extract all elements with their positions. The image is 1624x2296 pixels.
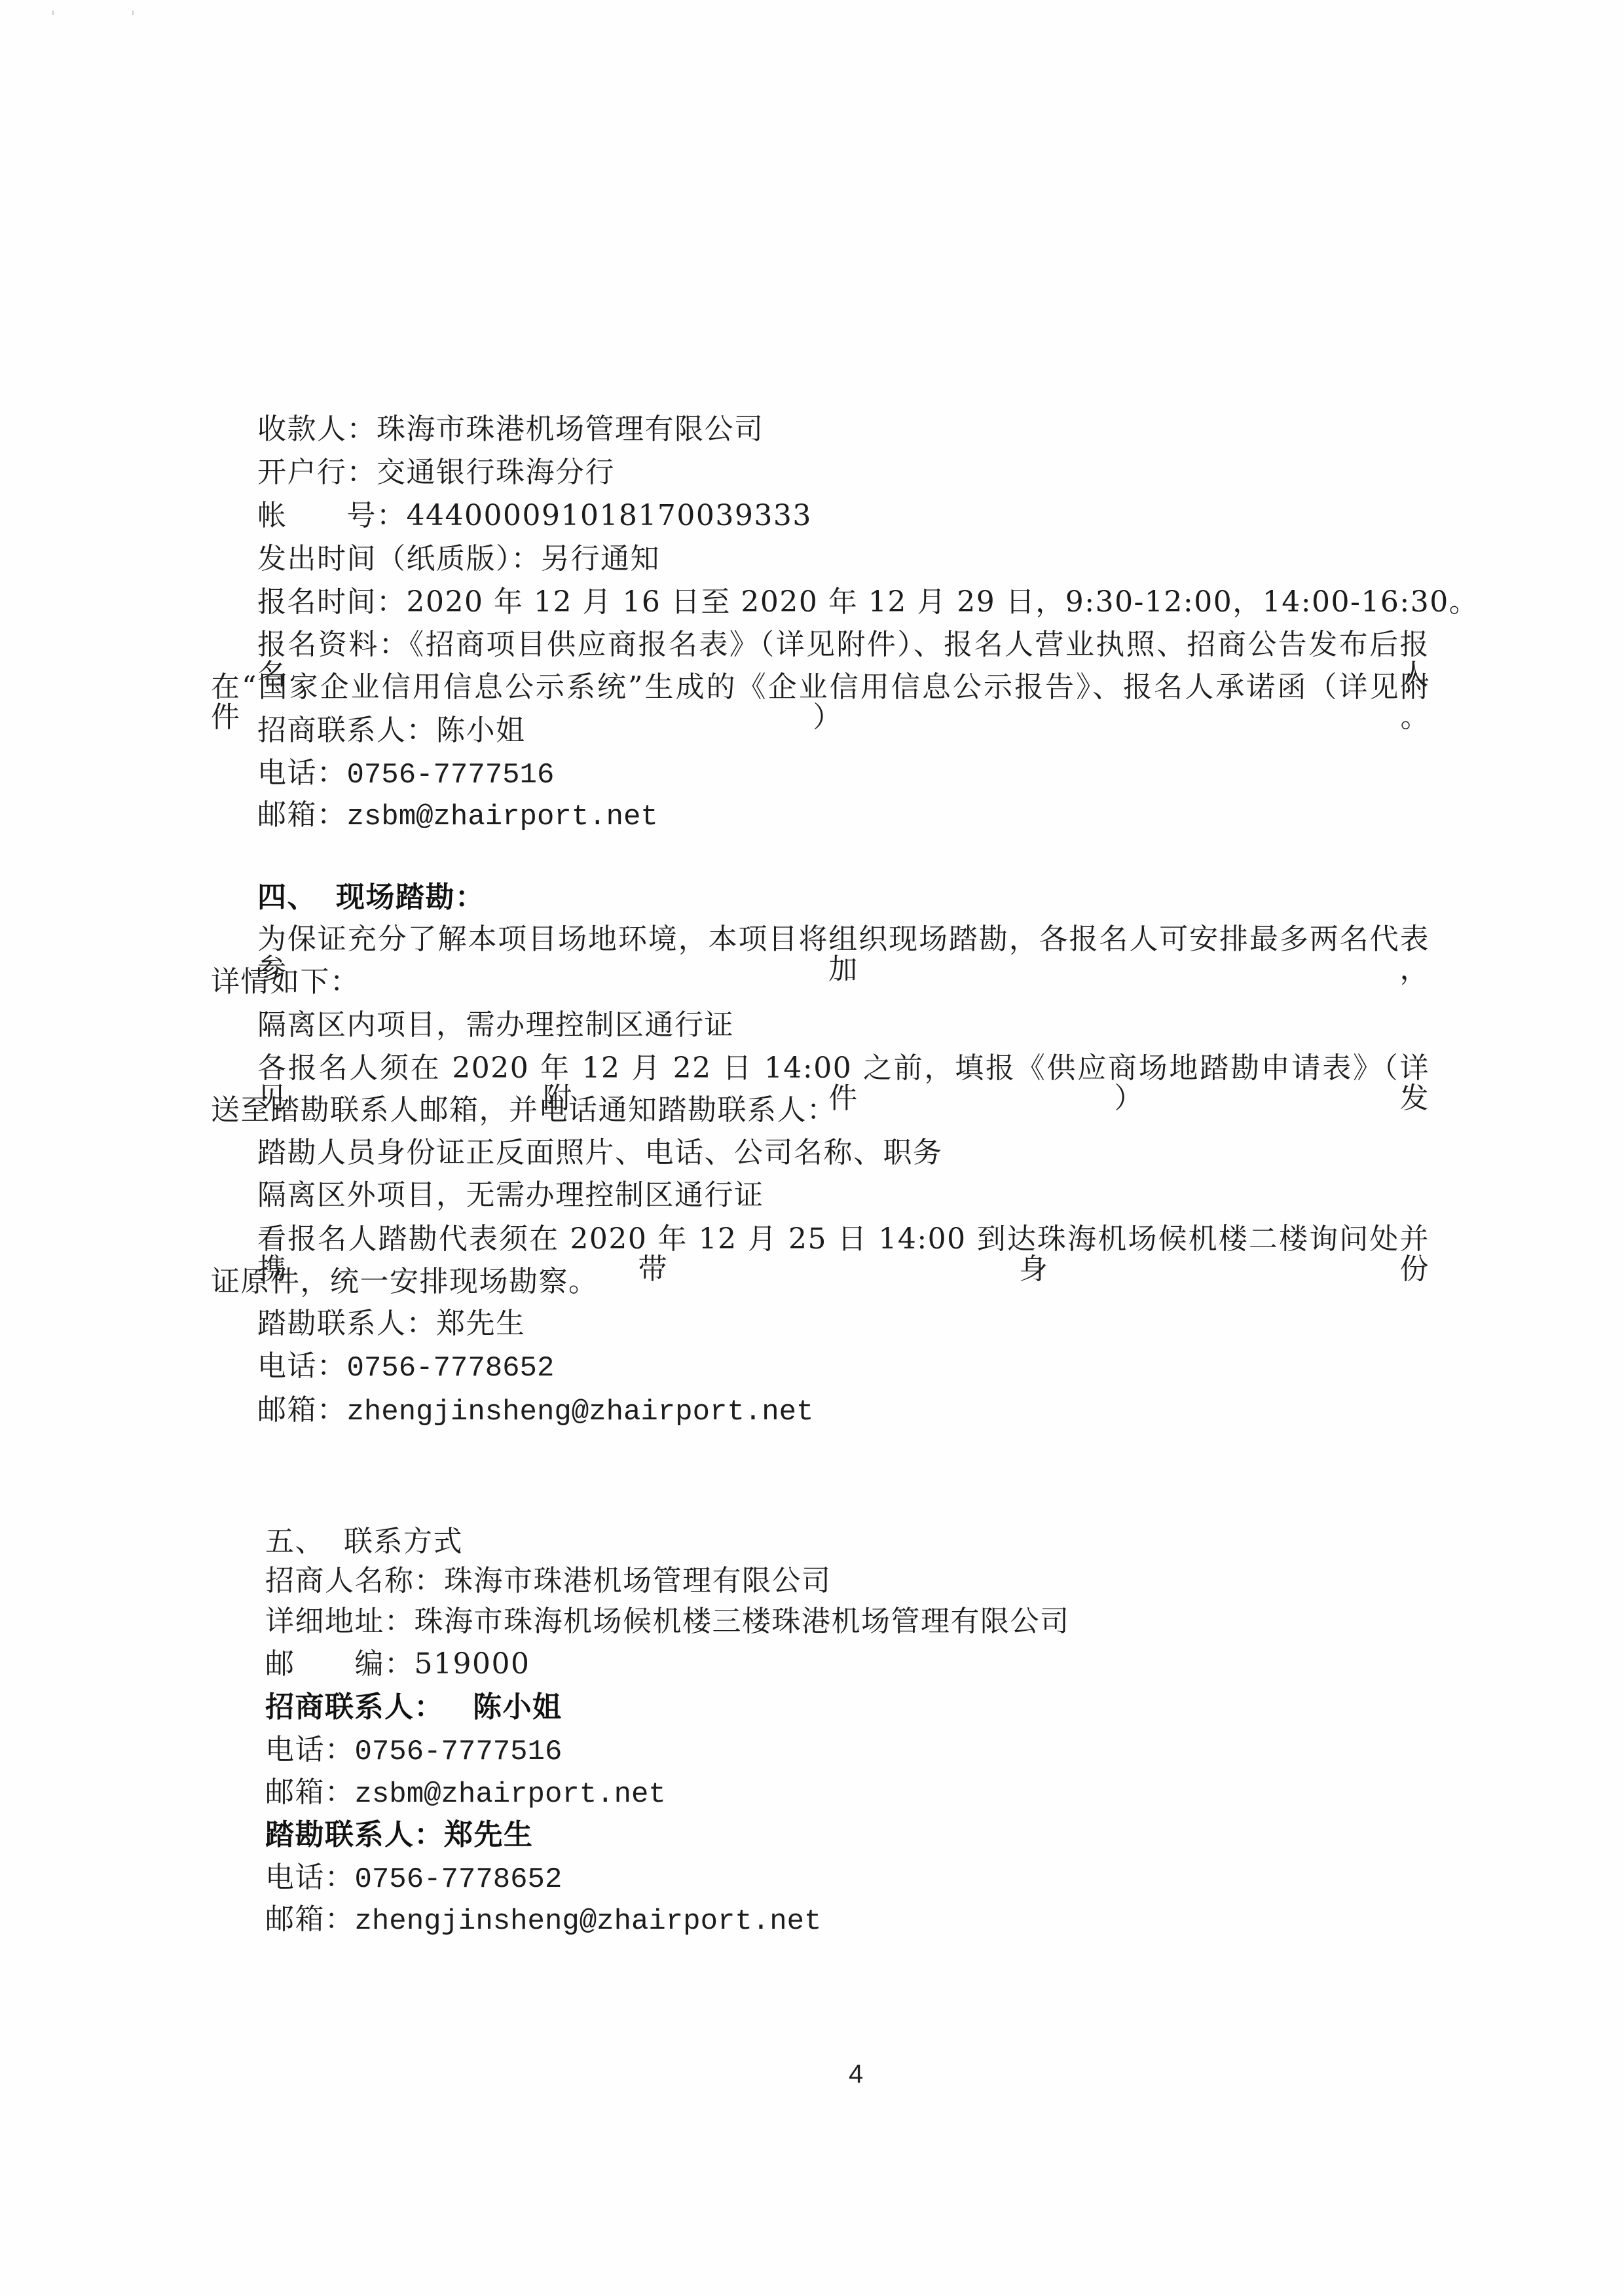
s5-site-email-label: 邮箱： xyxy=(265,1903,355,1936)
paper-issue-label: 发出时间（纸质版）： xyxy=(257,542,541,575)
company-line: 招商人名称：珠海市珠港机场管理有限公司 xyxy=(265,1566,832,1596)
inside-zone-title: 隔离区内项目，需办理控制区通行证 xyxy=(257,1010,734,1040)
payee-value: 珠海市珠港机场管理有限公司 xyxy=(377,412,764,446)
s5-biz-email-value: zsbm@zhairport.net xyxy=(355,1778,666,1811)
s5-biz-contact-value: 陈小姐 xyxy=(473,1690,563,1724)
s5-biz-email-line: 邮箱：zsbm@zhairport.net xyxy=(265,1777,666,1810)
site-phone-label: 电话： xyxy=(257,1349,347,1383)
outside-zone-title: 隔离区外项目，无需办理控制区通行证 xyxy=(257,1180,764,1211)
address-line: 详细地址：珠海市珠海机场候机楼三楼珠港机场管理有限公司 xyxy=(265,1607,1070,1637)
paper-issue-line: 发出时间（纸质版）：另行通知 xyxy=(257,544,660,574)
section-4-intro-line-2: 详情如下： xyxy=(211,967,360,997)
site-phone-value: 0756-7778652 xyxy=(347,1352,555,1385)
s5-site-phone-label: 电话： xyxy=(265,1861,355,1894)
scan-speck xyxy=(52,10,54,15)
scan-speck xyxy=(132,10,134,15)
biz-contact-label: 招商联系人： xyxy=(257,714,436,747)
biz-phone-line: 电话：0756-7777516 xyxy=(257,758,554,790)
company-label: 招商人名称： xyxy=(265,1564,444,1597)
postcode-value: 519000 xyxy=(415,1647,530,1681)
site-email-label: 邮箱： xyxy=(257,1393,347,1427)
account-value: 444000091018170039333 xyxy=(407,499,812,532)
site-contact-value: 郑先生 xyxy=(436,1307,526,1340)
biz-phone-label: 电话： xyxy=(257,756,347,790)
biz-phone-value: 0756-7777516 xyxy=(347,759,555,792)
biz-email-line: 邮箱：zsbm@zhairport.net xyxy=(257,800,658,832)
s5-site-phone-value: 0756-7778652 xyxy=(355,1863,563,1896)
bank-value: 交通银行珠海分行 xyxy=(377,456,615,489)
inside-zone-line-2: 送至踏勘联系人邮箱，并电话通知踏勘联系人： xyxy=(211,1095,837,1125)
site-email-line: 邮箱：zhengjinsheng@zhairport.net xyxy=(257,1395,813,1427)
registration-time-value: 2020 年 12 月 16 日至 2020 年 12 月 29 日，9:30-… xyxy=(407,585,1479,619)
postcode-label: 邮 编： xyxy=(265,1647,415,1681)
s5-biz-contact-label: 招商联系人： xyxy=(265,1690,444,1724)
account-label: 帐 号： xyxy=(257,499,407,532)
s5-site-contact-label: 踏勘联系人： xyxy=(265,1818,444,1851)
s5-site-email-value: zhengjinsheng@zhairport.net xyxy=(355,1905,822,1938)
biz-email-value: zsbm@zhairport.net xyxy=(347,801,658,833)
biz-contact-line: 招商联系人：陈小姐 xyxy=(257,716,526,746)
s5-biz-phone-label: 电话： xyxy=(265,1733,355,1766)
section-4-title: 现场踏勘： xyxy=(336,881,485,914)
registration-time-label: 报名时间： xyxy=(257,585,407,619)
document-page: 收款人：珠海市珠港机场管理有限公司 开户行：交通银行珠海分行 帐 号：44400… xyxy=(0,0,1624,2296)
section-5-number: 五、 xyxy=(265,1527,344,1557)
site-email-value: zhengjinsheng@zhairport.net xyxy=(347,1396,814,1429)
registration-time-line: 报名时间：2020 年 12 月 16 日至 2020 年 12 月 29 日，… xyxy=(257,587,1479,617)
payee-line: 收款人：珠海市珠港机场管理有限公司 xyxy=(257,414,764,445)
company-value: 珠海市珠港机场管理有限公司 xyxy=(444,1564,832,1597)
bank-line: 开户行：交通银行珠海分行 xyxy=(257,458,615,488)
site-phone-line: 电话：0756-7778652 xyxy=(257,1351,554,1383)
biz-contact-value: 陈小姐 xyxy=(436,714,526,747)
s5-site-contact-value: 郑先生 xyxy=(444,1818,534,1851)
site-contact-label: 踏勘联系人： xyxy=(257,1307,436,1340)
section-5-title: 联系方式 xyxy=(344,1525,463,1558)
paper-issue-value: 另行通知 xyxy=(541,542,660,575)
outside-zone-line-2: 证原件，统一安排现场勘察。 xyxy=(211,1267,599,1297)
biz-email-label: 邮箱： xyxy=(257,798,347,831)
s5-site-phone-line: 电话：0756-7778652 xyxy=(265,1863,562,1895)
s5-biz-phone-value: 0756-7777516 xyxy=(355,1736,563,1768)
s5-site-email-line: 邮箱：zhengjinsheng@zhairport.net xyxy=(265,1904,821,1937)
inside-zone-requirements: 踏勘人员身份证正反面照片、电话、公司名称、职务 xyxy=(257,1138,943,1168)
site-contact-line: 踏勘联系人：郑先生 xyxy=(257,1309,526,1339)
s5-biz-email-label: 邮箱： xyxy=(265,1776,355,1809)
address-label: 详细地址： xyxy=(265,1605,415,1638)
page-number: 4 xyxy=(849,2060,863,2089)
payee-label: 收款人： xyxy=(257,412,377,446)
section-4-heading: 四、现场踏勘： xyxy=(257,883,485,913)
s5-biz-phone-line: 电话：0756-7777516 xyxy=(265,1735,562,1767)
bank-label: 开户行： xyxy=(257,456,377,489)
postcode-line: 邮 编：519000 xyxy=(265,1649,530,1679)
section-4-number: 四、 xyxy=(257,883,336,913)
s5-biz-contact-line: 招商联系人：陈小姐 xyxy=(265,1692,563,1722)
section-4-intro-line-1: 为保证充分了解本项目场地环境，本项目将组织现场踏勘，各报名人可安排最多两名代表参… xyxy=(257,924,1430,985)
account-line: 帐 号：444000091018170039333 xyxy=(257,501,812,531)
s5-site-contact-line: 踏勘联系人：郑先生 xyxy=(265,1820,534,1850)
section-5-heading: 五、联系方式 xyxy=(265,1527,463,1557)
address-value: 珠海市珠海机场候机楼三楼珠港机场管理有限公司 xyxy=(415,1605,1070,1638)
